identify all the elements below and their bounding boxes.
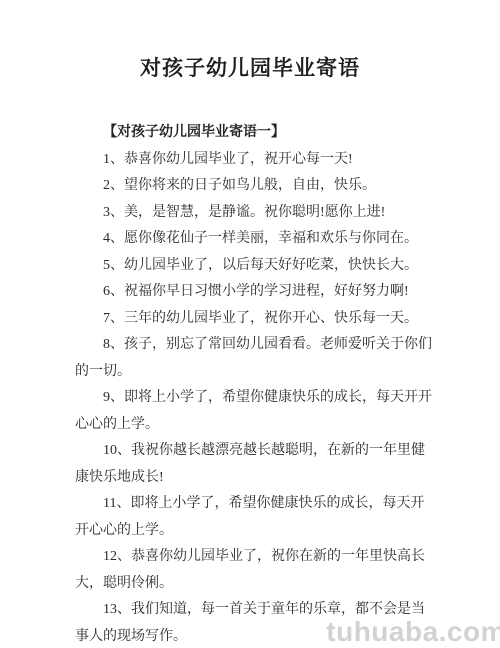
message-item: 5、幼儿园毕业了，以后每天好好吃菜，快快长大。 [75, 253, 437, 280]
section-heading: 【对孩子幼儿园毕业寄语一】 [75, 120, 437, 147]
message-item: 7、三年的幼儿园毕业了，祝你开心、快乐每一天。 [75, 306, 437, 333]
message-item: 12、恭喜你幼儿园毕业了，祝你在新的一年里快高长大，聪明伶俐。 [75, 544, 437, 597]
messages-list: 【对孩子幼儿园毕业寄语一】 1、恭喜你幼儿园毕业了，祝开心每一天! 2、望你将来… [75, 120, 437, 648]
message-item: 9、即将上小学了，希望你健康快乐的成长，每天开开心心的上学。 [75, 385, 437, 438]
message-item: 11、即将上小学了，希望你健康快乐的成长，每天开开心心的上学。 [75, 491, 437, 544]
watermark: tuhuaba.com [326, 618, 500, 646]
document-page: 对孩子幼儿园毕业寄语 【对孩子幼儿园毕业寄语一】 1、恭喜你幼儿园毕业了，祝开心… [0, 0, 500, 648]
message-item: 8、孩子，别忘了常回幼儿园看看。老师爱听关于你们的一切。 [75, 332, 437, 385]
message-item: 1、恭喜你幼儿园毕业了，祝开心每一天! [75, 147, 437, 174]
message-item: 3、美，是智慧，是静谧。祝你聪明!愿你上进! [75, 200, 437, 227]
message-item: 2、望你将来的日子如鸟儿般，自由，快乐。 [75, 173, 437, 200]
message-item: 10、我祝你越长越漂亮越长越聪明，在新的一年里健康快乐地成长! [75, 438, 437, 491]
message-item: 4、愿你像花仙子一样美丽，幸福和欢乐与你同在。 [75, 226, 437, 253]
page-title: 对孩子幼儿园毕业寄语 [0, 0, 500, 83]
message-item: 6、祝福你早日习惯小学的学习进程，好好努力啊! [75, 279, 437, 306]
